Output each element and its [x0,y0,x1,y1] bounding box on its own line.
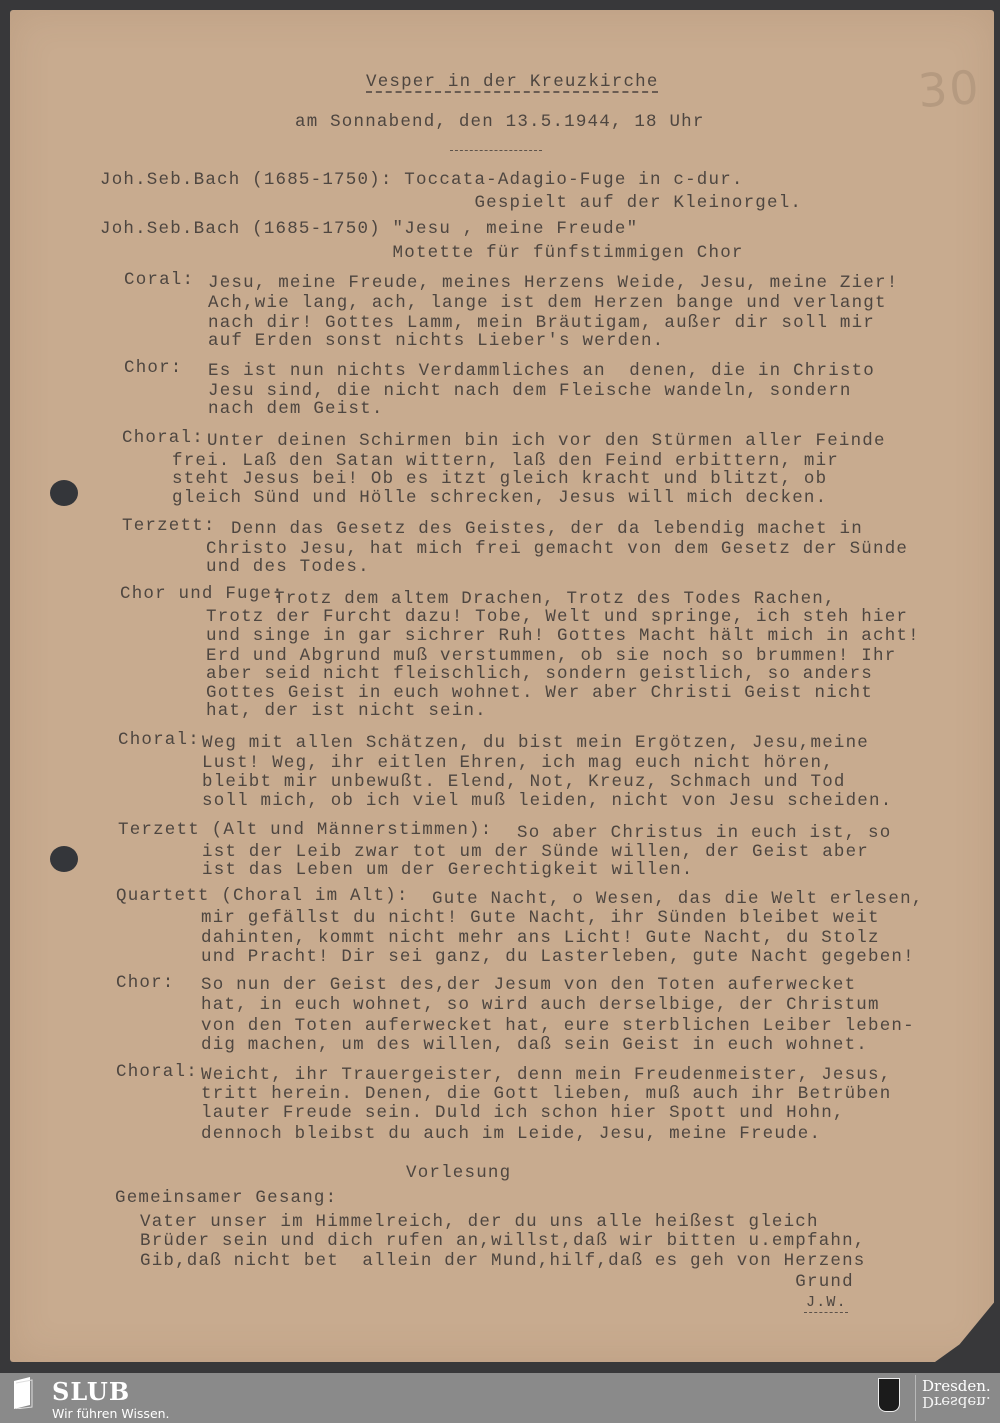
movement-line: Weg mit allen Schätzen, du bist mein Erg… [202,733,869,753]
movement-line: und singe in gar sichrer Ruh! Gottes Mac… [206,626,920,646]
hymn-line: Vater unser im Himmelreich, der du uns a… [140,1212,819,1232]
hymn-line: Brüder sein und dich rufen an,willst,daß… [140,1231,866,1251]
hymn-label: Gemeinsamer Gesang: [115,1188,337,1208]
movement-line: hat, in euch wohnet, so wird auch dersel… [201,995,880,1015]
movement-label: Chor: [116,973,175,993]
movement-line: soll mich, ob ich viel muß leiden, nicht… [202,791,892,811]
reading-heading: Vorlesung [406,1163,511,1183]
movement-line: dahinten, kommt nicht mehr ans Licht! Gu… [201,928,880,948]
movement-label: Choral: [116,1062,198,1082]
movement-line: Gute Nacht, o Wesen, das die Welt erlese… [432,889,923,909]
movement-line: Ach,wie lang, ach, lange ist dem Herzen … [208,293,887,313]
movement-line: aber seid nicht fleischlich, sondern gei… [206,664,873,684]
slub-logo-text[interactable]: SLUB [52,1377,130,1406]
program-line: Motette für fünfstimmigen Chor [100,243,744,263]
movement-line: Jesu, meine Freude, meines Herzens Weide… [208,273,898,293]
book-icon [12,1377,34,1409]
divider [450,150,542,151]
movement-line: nach dem Geist. [208,399,384,419]
movement-line: ist das Leben um der Gerechtigkeit wille… [202,860,693,880]
movement-line: Trotz dem altem Drachen, Trotz des Todes… [274,589,836,609]
movement-line: Gottes Geist in euch wohnet. Wer aber Ch… [206,683,873,703]
pencil-page-number: 30 [916,60,982,118]
movement-line: dennoch bleibst du auch im Leide, Jesu, … [201,1124,821,1144]
movement-label: Chor und Fuge: [120,584,284,604]
footer-bar: SLUB Wir führen Wissen. Dresden. Dresden… [0,1373,1000,1423]
movement-line: Denn das Gesetz des Geistes, der da lebe… [231,519,863,539]
footer-divider [915,1375,916,1421]
movement-label: Choral: [118,730,200,750]
movement-line: tritt herein. Denen, die Gott lieben, mu… [201,1084,891,1104]
movement-line: Es ist nun nichts Verdammliches an denen… [208,361,875,381]
slub-slogan: Wir führen Wissen. [52,1406,170,1421]
movement-line: bleibt mir unbewußt. Elend, Not, Kreuz, … [202,772,846,792]
document-title: Vesper in der Kreuzkirche [366,72,659,92]
movement-line: von den Toten auferwecket hat, eure ster… [201,1016,915,1036]
movement-line: hat, der ist nicht sein. [206,701,487,721]
movement-line: Christo Jesu, hat mich frei gemacht von … [206,539,908,559]
punch-hole [50,846,78,872]
movement-label: Quartett (Choral im Alt): [116,886,409,906]
movement-label: Chor: [124,358,183,378]
movement-line: und Pracht! Dir sei ganz, du Lasterleben… [201,947,915,967]
movement-line: Erd und Abgrund muß verstummen, ob sie n… [206,646,896,666]
movement-line: auf Erden sonst nichts Lieber's werden. [208,331,664,351]
punch-hole [50,480,78,506]
movement-line: So aber Christus in euch ist, so [517,823,891,843]
hymn-line: Gib,daß nicht bet allein der Mund,hilf,d… [140,1251,866,1271]
program-line: Joh.Seb.Bach (1685-1750) "Jesu , meine F… [100,219,638,239]
hymn-line: Grund [140,1272,854,1292]
dresden-logo[interactable]: Dresden. Dresden. [922,1379,991,1409]
signature-underline [804,1312,848,1313]
program-line: Gespielt auf der Kleinorgel. [100,193,802,213]
movement-line: frei. Laß den Satan wittern, laß den Fei… [172,451,839,471]
movement-line: und des Todes. [206,557,370,577]
movement-line: mir gefällst du nicht! Gute Nacht, ihr S… [201,908,880,928]
dresden-crest-icon [878,1378,900,1412]
movement-line: Trotz der Furcht dazu! Tobe, Welt und sp… [206,607,908,627]
movement-label: Terzett: [122,516,216,536]
movement-label: Choral: [122,428,204,448]
movement-line: nach dir! Gottes Lamm, mein Bräutigam, a… [208,313,875,333]
movement-label: Terzett (Alt und Männerstimmen): [118,820,492,840]
movement-line: Jesu sind, die nicht nach dem Fleische w… [208,381,852,401]
date-line: am Sonnabend, den 13.5.1944, 18 Uhr [295,112,705,132]
movement-line: ist der Leib zwar tot um der Sünde wille… [202,842,869,862]
dresden-logo-mirror: Dresden. [922,1394,991,1409]
movement-line: gleich Sünd und Hölle schrecken, Jesus w… [172,488,827,508]
movement-line: So nun der Geist des,der Jesum von den T… [201,975,856,995]
movement-line: Lust! Weg, ihr eitlen Ehren, ich mag euc… [202,753,834,773]
program-line: Joh.Seb.Bach (1685-1750): Toccata-Adagio… [100,170,744,190]
movement-label: Coral: [124,270,194,290]
signature-initials: J.W. [806,1293,847,1313]
movement-line: steht Jesus bei! Ob es itzt gleich krach… [172,469,827,489]
movement-line: lauter Freude sein. Duld ich schon hier … [201,1103,845,1123]
movement-line: dig machen, um des willen, daß sein Geis… [201,1035,868,1055]
movement-line: Weicht, ihr Trauergeister, denn mein Fre… [201,1065,891,1085]
movement-line: Unter deinen Schirmen bin ich vor den St… [207,431,886,451]
